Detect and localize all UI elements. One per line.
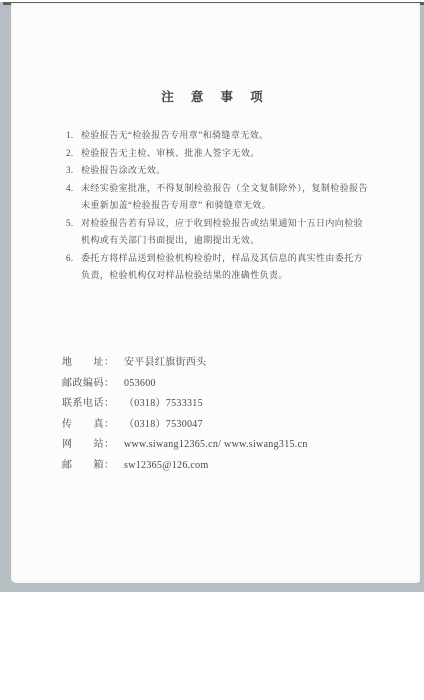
- contact-row-phone: 联系电话： （0318）7533315: [62, 394, 382, 415]
- contact-row-fax: 传 真： （0318）7530047: [62, 415, 382, 436]
- contact-label: 地 址：: [62, 353, 124, 374]
- contact-label: 联系电话：: [62, 394, 124, 415]
- contact-row-website: 网 站： www.siwang12365.cn/ www.siwang315.c…: [62, 435, 382, 456]
- contact-value: （0318）7530047: [124, 415, 382, 436]
- contact-value: www.siwang12365.cn/ www.siwang315.cn: [124, 435, 382, 456]
- scanned-document-canvas: 注 意 事 项 1. 检验报告无“检验报告专用章”和骑缝章无效。 2. 检验报告…: [0, 0, 424, 700]
- note-text: 未经实验室批准，不得复制检验报告（全文复制除外），复制检验报告未重新加盖“检验报…: [81, 180, 368, 215]
- note-item: 4. 未经实验室批准，不得复制检验报告（全文复制除外），复制检验报告未重新加盖“…: [66, 180, 368, 215]
- contact-label: 邮政编码：: [62, 374, 124, 395]
- note-text: 委托方将样品送到检验机构检验时，样品及其信息的真实性由委托方负责，检验机构仅对样…: [81, 250, 368, 285]
- contact-value: 安平县红旗街西头: [124, 353, 382, 374]
- contact-value: （0318）7533315: [124, 394, 382, 415]
- note-number: 4.: [66, 180, 81, 215]
- notes-list: 1. 检验报告无“检验报告专用章”和骑缝章无效。 2. 检验报告无主检、审核、批…: [66, 127, 368, 285]
- note-item: 5. 对检验报告若有异议，应于收到检验报告或结果通知十五日内向检验机构或有关部门…: [66, 215, 368, 250]
- note-number: 1.: [66, 127, 81, 145]
- page-title: 注 意 事 项: [11, 87, 420, 105]
- note-item: 6. 委托方将样品送到检验机构检验时，样品及其信息的真实性由委托方负责，检验机构…: [66, 250, 368, 285]
- note-text: 检验报告涂改无效。: [81, 162, 368, 180]
- note-item: 2. 检验报告无主检、审核、批准人签字无效。: [66, 145, 368, 163]
- note-item: 3. 检验报告涂改无效。: [66, 162, 368, 180]
- contact-row-address: 地 址： 安平县红旗街西头: [62, 353, 382, 374]
- note-number: 2.: [66, 145, 81, 163]
- contact-value: sw12365@126.com: [124, 456, 382, 477]
- note-text: 检验报告无“检验报告专用章”和骑缝章无效。: [81, 127, 368, 145]
- note-number: 3.: [66, 162, 81, 180]
- note-number: 5.: [66, 215, 81, 250]
- contact-row-email: 邮 箱： sw12365@126.com: [62, 456, 382, 477]
- contact-label: 传 真：: [62, 415, 124, 436]
- note-number: 6.: [66, 250, 81, 285]
- note-text: 对检验报告若有异议，应于收到检验报告或结果通知十五日内向检验机构或有关部门书面提…: [81, 215, 368, 250]
- note-text: 检验报告无主检、审核、批准人签字无效。: [81, 145, 368, 163]
- contact-value: 053600: [124, 374, 382, 395]
- contact-label: 邮 箱：: [62, 456, 124, 477]
- document-page: 注 意 事 项 1. 检验报告无“检验报告专用章”和骑缝章无效。 2. 检验报告…: [11, 3, 420, 583]
- contact-row-postcode: 邮政编码： 053600: [62, 374, 382, 395]
- contact-block: 地 址： 安平县红旗街西头 邮政编码： 053600 联系电话： （0318）7…: [62, 353, 382, 476]
- note-item: 1. 检验报告无“检验报告专用章”和骑缝章无效。: [66, 127, 368, 145]
- contact-label: 网 站：: [62, 435, 124, 456]
